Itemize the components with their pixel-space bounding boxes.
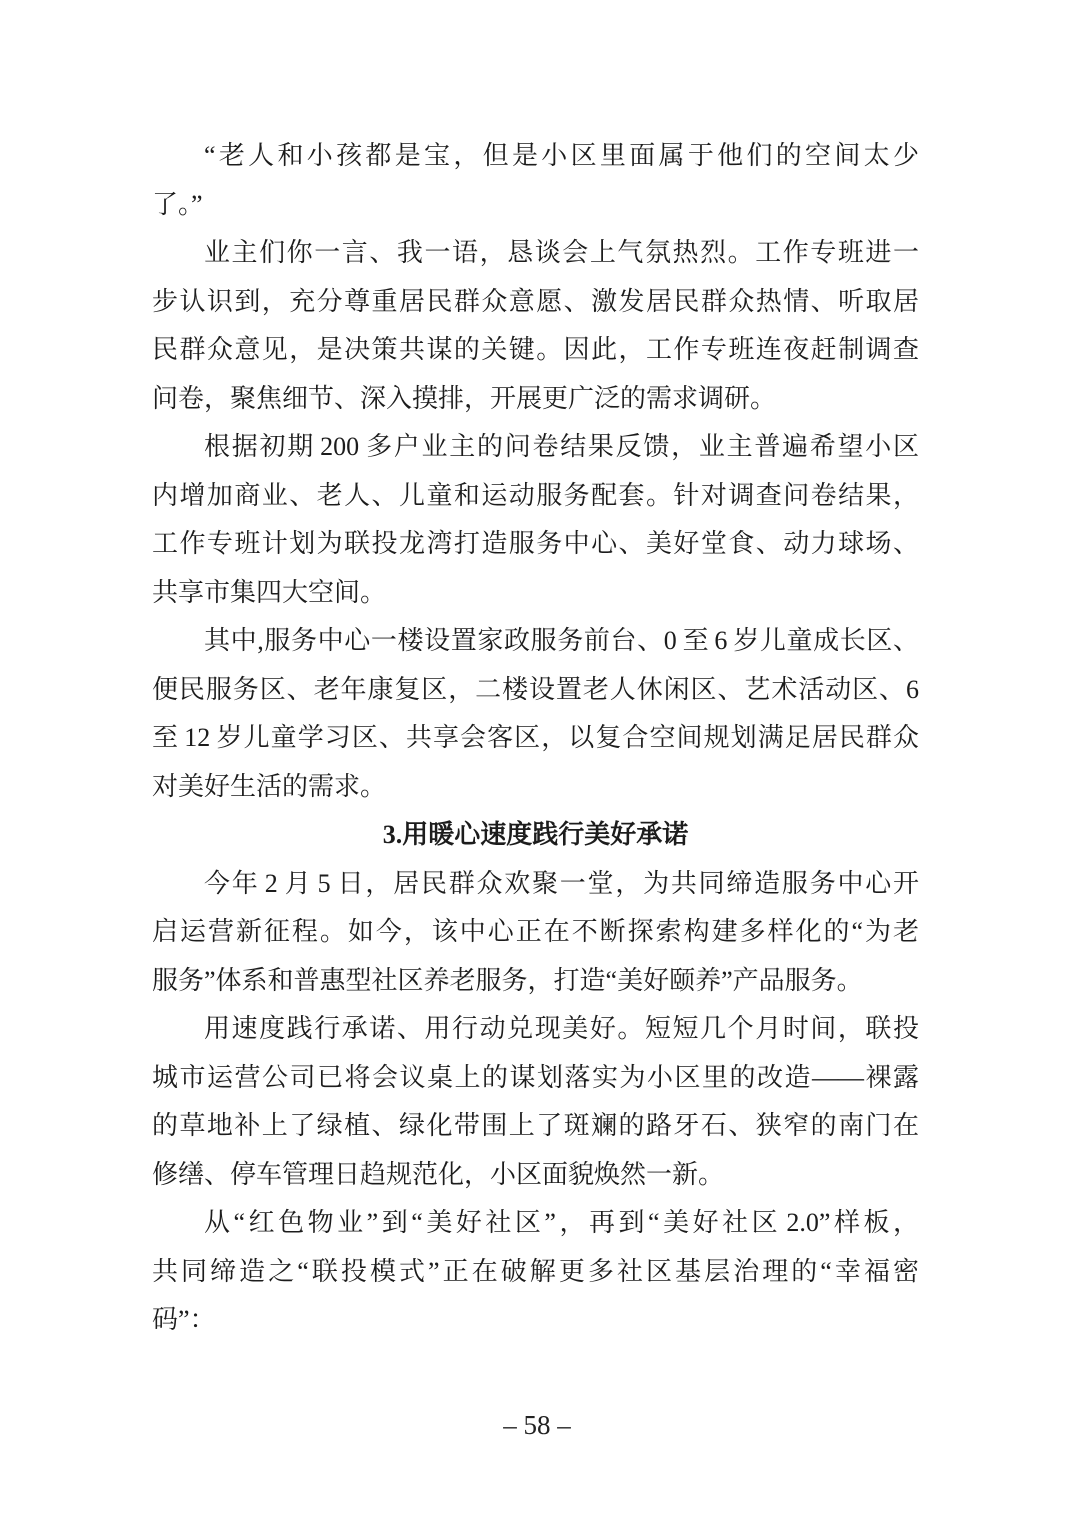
text-line: 启运营新征程。如今，该中心正在不断探索构建多样化的“为老 bbox=[152, 908, 919, 957]
document-page: “老人和小孩都是宝，但是小区里面属于他们的空间太少了。”业主们你一言、我一语，恳… bbox=[0, 0, 1074, 1520]
text-line: 内增加商业、老人、儿童和运动服务配套。针对调查问卷结果， bbox=[152, 472, 919, 521]
text-line: 码”： bbox=[152, 1296, 919, 1345]
section-heading: 3.用暖心速度践行美好承诺 bbox=[152, 811, 919, 860]
heading-line: 3.用暖心速度践行美好承诺 bbox=[152, 811, 919, 860]
text-line: 至 12 岁儿童学习区、共享会客区，以复合空间规划满足居民群众 bbox=[152, 714, 919, 763]
text-line: 的草地补上了绿植、绿化带围上了斑斓的路牙石、狭窄的南门在 bbox=[152, 1102, 919, 1151]
text-line: 了。” bbox=[152, 181, 919, 230]
text-line: 从“红色物业”到“美好社区”，再到“美好社区 2.0”样板， bbox=[152, 1199, 919, 1248]
text-line: 便民服务区、老年康复区，二楼设置老人休闲区、艺术活动区、6 bbox=[152, 666, 919, 715]
text-line: 服务”体系和普惠型社区养老服务，打造“美好颐养”产品服务。 bbox=[152, 957, 919, 1006]
text-line: 共享市集四大空间。 bbox=[152, 569, 919, 618]
text-line: 对美好生活的需求。 bbox=[152, 763, 919, 812]
paragraph: 根据初期 200 多户业主的问卷结果反馈，业主普遍希望小区内增加商业、老人、儿童… bbox=[152, 423, 919, 617]
paragraph: 其中,服务中心一楼设置家政服务前台、0 至 6 岁儿童成长区、便民服务区、老年康… bbox=[152, 617, 919, 811]
text-line: “老人和小孩都是宝，但是小区里面属于他们的空间太少 bbox=[152, 132, 919, 181]
paragraph: 从“红色物业”到“美好社区”，再到“美好社区 2.0”样板，共同缔造之“联投模式… bbox=[152, 1199, 919, 1345]
text-line: 步认识到，充分尊重居民群众意愿、激发居民群众热情、听取居 bbox=[152, 278, 919, 327]
text-line: 今年 2 月 5 日，居民群众欢聚一堂，为共同缔造服务中心开 bbox=[152, 860, 919, 909]
text-line: 工作专班计划为联投龙湾打造服务中心、美好堂食、动力球场、 bbox=[152, 520, 919, 569]
paragraph: 今年 2 月 5 日，居民群众欢聚一堂，为共同缔造服务中心开启运营新征程。如今，… bbox=[152, 860, 919, 1006]
paragraph: 业主们你一言、我一语，恳谈会上气氛热烈。工作专班进一步认识到，充分尊重居民群众意… bbox=[152, 229, 919, 423]
text-line: 问卷，聚焦细节、深入摸排，开展更广泛的需求调研。 bbox=[152, 375, 919, 424]
page-number: – 58 – bbox=[0, 1408, 1074, 1442]
text-line: 其中,服务中心一楼设置家政服务前台、0 至 6 岁儿童成长区、 bbox=[152, 617, 919, 666]
document-body: “老人和小孩都是宝，但是小区里面属于他们的空间太少了。”业主们你一言、我一语，恳… bbox=[152, 132, 919, 1345]
text-line: 业主们你一言、我一语，恳谈会上气氛热烈。工作专班进一 bbox=[152, 229, 919, 278]
paragraph: 用速度践行承诺、用行动兑现美好。短短几个月时间，联投城市运营公司已将会议桌上的谋… bbox=[152, 1005, 919, 1199]
text-line: 城市运营公司已将会议桌上的谋划落实为小区里的改造——裸露 bbox=[152, 1054, 919, 1103]
text-line: 修缮、停车管理日趋规范化，小区面貌焕然一新。 bbox=[152, 1151, 919, 1200]
text-line: 民群众意见，是决策共谋的关键。因此，工作专班连夜赶制调查 bbox=[152, 326, 919, 375]
text-line: 用速度践行承诺、用行动兑现美好。短短几个月时间，联投 bbox=[152, 1005, 919, 1054]
paragraph: “老人和小孩都是宝，但是小区里面属于他们的空间太少了。” bbox=[152, 132, 919, 229]
text-line: 共同缔造之“联投模式”正在破解更多社区基层治理的“幸福密 bbox=[152, 1248, 919, 1297]
text-line: 根据初期 200 多户业主的问卷结果反馈，业主普遍希望小区 bbox=[152, 423, 919, 472]
